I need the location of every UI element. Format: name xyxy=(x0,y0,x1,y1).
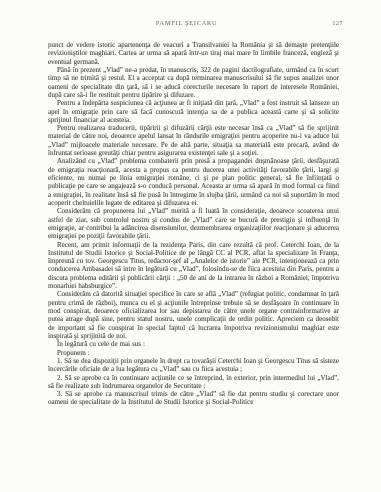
page-number: 127 xyxy=(332,20,343,27)
document-body: punct de vedere istoric apartenenţa de v… xyxy=(48,41,339,407)
paragraph: Considerăm că propunerea lui „Vlad” meri… xyxy=(48,207,339,240)
paragraph: Până în prezent „Vlad” ne-a predat, în m… xyxy=(48,66,339,99)
list-item-2: 2. Să se aprobe ca în continuare acţiuni… xyxy=(48,374,339,391)
page-header: PAMFIL ŞEICARU 127 xyxy=(48,20,339,29)
paragraph-continuation: punct de vedere istoric apartenenţa de v… xyxy=(48,41,339,66)
paragraph-propunem: Propunem : xyxy=(48,349,339,357)
paragraph: Considerăm că datorită situaţiei specifi… xyxy=(48,290,339,340)
list-item-1: 1. Să se dea dispoziţii prin organele în… xyxy=(48,357,339,374)
paragraph-lead-in: În legătură cu cele de mai sus : xyxy=(48,340,339,348)
paragraph: Pentru realizarea traducerii, tipăririi … xyxy=(48,124,339,157)
running-title: PAMFIL ŞEICARU xyxy=(48,20,325,27)
paragraph: Pentru a îndepărta suspiciunea că acţiun… xyxy=(48,99,339,124)
paragraph: Recent, am primit informaţii de la rezid… xyxy=(48,241,339,291)
paragraph: Analizând cu „Vlad” problema combaterii … xyxy=(48,157,339,207)
scanned-page: PAMFIL ŞEICARU 127 punct de vedere istor… xyxy=(0,0,381,492)
list-item-3: 3. Să se aprobe ca manuscrisul trimis de… xyxy=(48,390,339,407)
